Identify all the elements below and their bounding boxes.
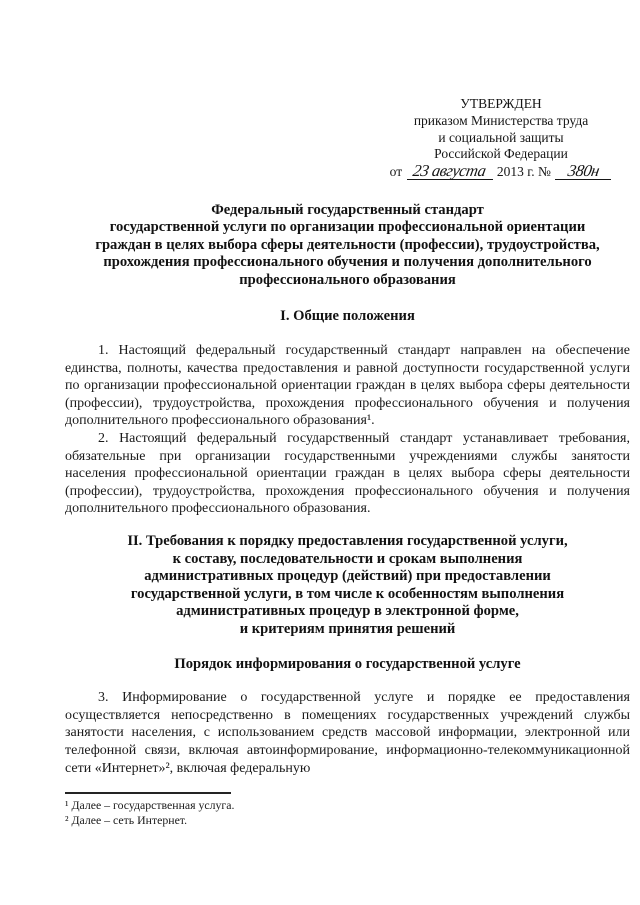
date-underline: 23 августа	[407, 164, 493, 180]
approval-block: УТВЕРЖДЕН приказом Министерства труда и …	[388, 96, 614, 181]
footnote-separator-line	[65, 792, 231, 794]
paragraph-3: 3. Информирование о государственной услу…	[65, 689, 630, 777]
date-suffix-label: 2013 г. №	[497, 164, 551, 179]
section-2-subheading: Порядок информирования о государственной…	[65, 656, 630, 674]
handwritten-order-number: 380н	[567, 164, 600, 178]
footnote-1: ¹ Далее – государственная услуга.	[65, 798, 630, 813]
paragraph-1: 1. Настоящий федеральный государственный…	[65, 342, 630, 430]
approval-stamp-word: УТВЕРЖДЕН	[388, 96, 614, 113]
handwritten-date: 23 августа	[412, 164, 487, 178]
order-number-underline: 380н	[555, 164, 611, 180]
date-prefix-label: от	[390, 164, 402, 179]
document-body: Федеральный государственный стандарт гос…	[65, 202, 630, 829]
paragraph-2: 2. Настоящий федеральный государственный…	[65, 430, 630, 518]
footnote-2: ² Далее – сеть Интернет.	[65, 813, 630, 828]
document-title: Федеральный государственный стандарт гос…	[65, 202, 630, 290]
approval-authority-line-2: и социальной защиты	[388, 130, 614, 147]
footnotes-block: ¹ Далее – государственная услуга. ² Дале…	[65, 792, 630, 828]
approval-authority-line-1: приказом Министерства труда	[388, 113, 614, 130]
document-page: УТВЕРЖДЕН приказом Министерства труда и …	[0, 0, 640, 905]
section-1-heading: I. Общие положения	[65, 308, 630, 326]
approval-date-line: от 23 августа 2013 г. № 380н	[388, 164, 614, 181]
section-2-heading: II. Требования к порядку предоставления …	[65, 533, 630, 639]
